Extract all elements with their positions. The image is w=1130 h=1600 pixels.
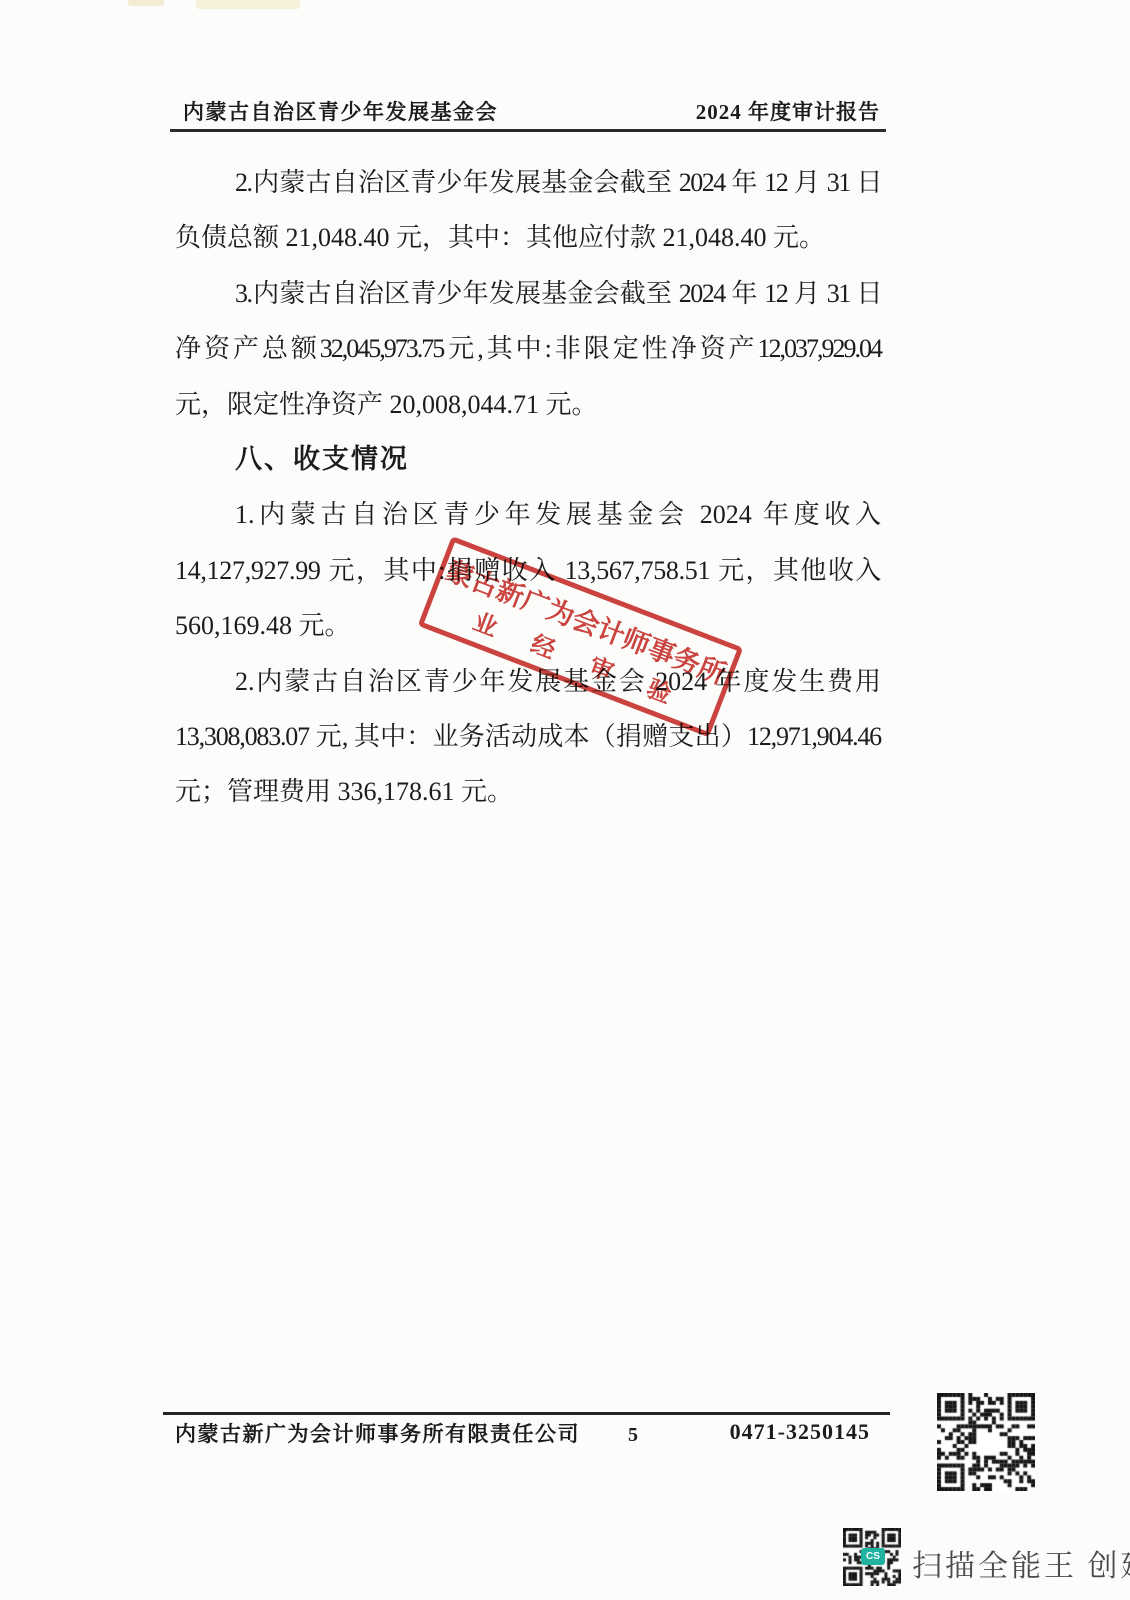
footer-phone-number: 0471-3250145: [730, 1419, 870, 1445]
body-line: 3.内蒙古自治区青少年发展基金会截至 2024 年 12 月 31 日: [175, 266, 881, 321]
top-edge-artifact: [128, 0, 164, 6]
camscanner-logo-badge: CS: [861, 1548, 885, 1565]
section-heading: 八、收支情况: [175, 432, 881, 487]
page-number: 5: [628, 1424, 638, 1447]
body-line: 2.内蒙古自治区青少年发展基金会截至 2024 年 12 月 31 日: [175, 155, 881, 210]
top-edge-artifact: [196, 0, 300, 9]
document-body: 2.内蒙古自治区青少年发展基金会截至 2024 年 12 月 31 日 负债总额…: [175, 155, 881, 820]
camscanner-qr-code: CS: [843, 1528, 901, 1586]
header-divider: [170, 129, 886, 132]
header-organization: 内蒙古自治区青少年发展基金会: [183, 96, 498, 126]
audit-qr-code: [937, 1393, 1035, 1491]
footer-divider: [163, 1412, 890, 1415]
body-line: 13,308,083.07 元, 其中：业务活动成本（捐赠支出）12,971,9…: [175, 709, 881, 764]
body-line: 元；管理费用 336,178.61 元。: [175, 764, 881, 819]
header-report-title: 2024 年度审计报告: [696, 96, 880, 126]
body-line: 元，限定性净资产 20,008,044.71 元。: [175, 377, 881, 432]
body-line: 净资产总额32,045,973.75元,其中:非限定性净资产12,037,929…: [175, 321, 881, 376]
footer-left: 内蒙古新广为会计师事务所有限责任公司 5: [175, 1418, 638, 1448]
body-line: 负债总额 21,048.40 元，其中：其他应付款 21,048.40 元。: [175, 210, 881, 265]
scanned-audit-report-page: 内蒙古自治区青少年发展基金会 2024 年度审计报告 2.内蒙古自治区青少年发展…: [0, 0, 1130, 1600]
body-line: 1.内蒙古自治区青少年发展基金会 2024 年度收入: [175, 487, 881, 542]
footer-firm-name: 内蒙古新广为会计师事务所有限责任公司: [175, 1418, 580, 1448]
camscanner-caption: 扫描全能王 创建: [912, 1541, 1130, 1585]
